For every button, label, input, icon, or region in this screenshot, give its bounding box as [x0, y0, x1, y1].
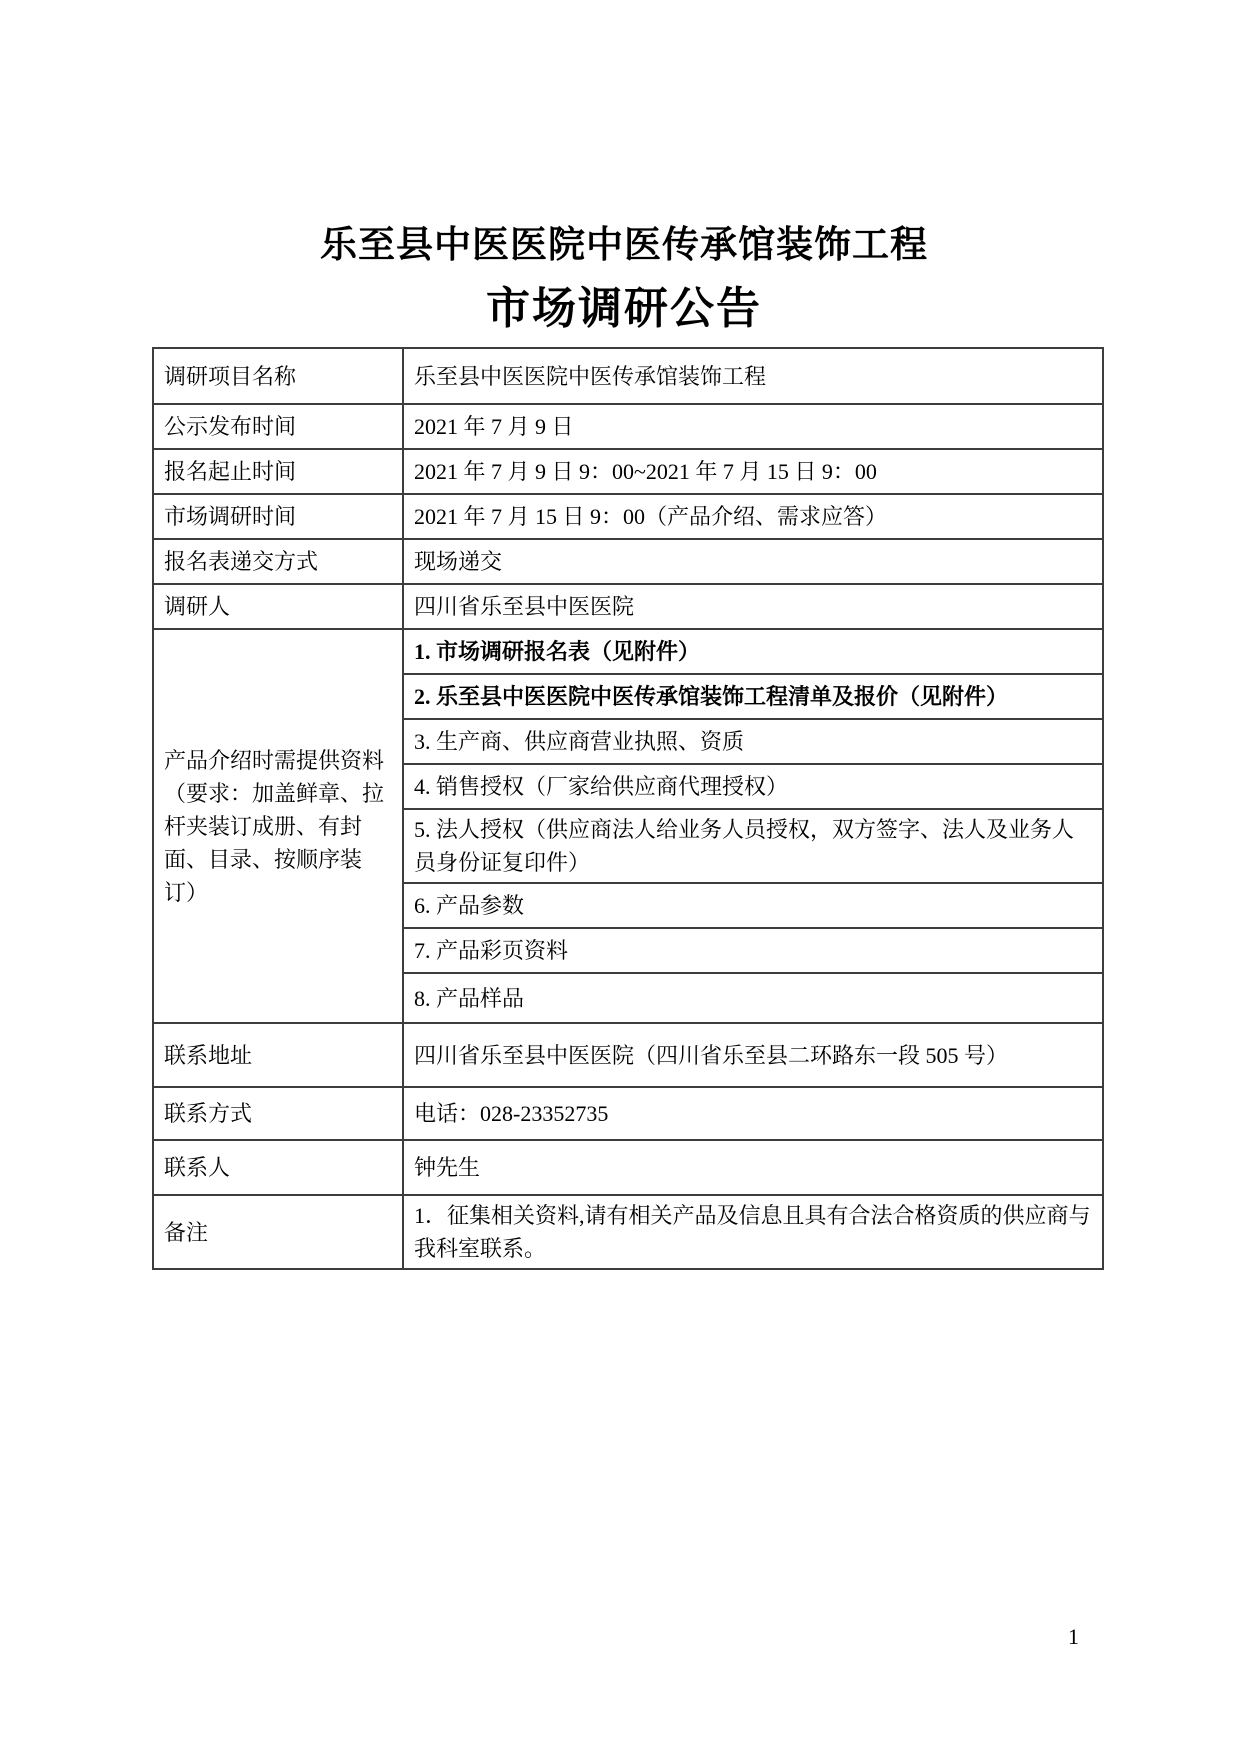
materials-item: 2. 乐至县中医医院中医传承馆装饰工程清单及报价（见附件） — [403, 674, 1103, 719]
row-label: 报名起止时间 — [153, 449, 403, 494]
table-row-project-name: 调研项目名称 乐至县中医医院中医传承馆装饰工程 — [153, 348, 1103, 404]
table-row-material-1: 产品介绍时需提供资料（要求：加盖鲜章、拉杆夹装订成册、有封面、目录、按顺序装订）… — [153, 629, 1103, 674]
row-label: 调研人 — [153, 584, 403, 629]
row-label: 联系人 — [153, 1140, 403, 1195]
materials-item: 8. 产品样品 — [403, 973, 1103, 1023]
title-block: 乐至县中医医院中医传承馆装饰工程 市场调研公告 — [146, 226, 1102, 331]
table-row-contact-phone: 联系方式 电话：028-23352735 — [153, 1087, 1103, 1140]
table-row-submit-method: 报名表递交方式 现场递交 — [153, 539, 1103, 584]
table-row-remark: 备注 1．征集相关资料,请有相关产品及信息且具有合法合格资质的供应商与我科室联系… — [153, 1195, 1103, 1269]
row-value: 电话：028-23352735 — [403, 1087, 1103, 1140]
materials-item: 4. 销售授权（厂家给供应商代理授权） — [403, 764, 1103, 809]
row-value: 四川省乐至县中医医院 — [403, 584, 1103, 629]
row-label: 联系地址 — [153, 1023, 403, 1087]
row-value: 乐至县中医医院中医传承馆装饰工程 — [403, 348, 1103, 404]
row-value: 1．征集相关资料,请有相关产品及信息且具有合法合格资质的供应商与我科室联系。 — [403, 1195, 1103, 1269]
row-label: 市场调研时间 — [153, 494, 403, 539]
table-row-research-time: 市场调研时间 2021 年 7 月 15 日 9：00（产品介绍、需求应答） — [153, 494, 1103, 539]
page-number: 1 — [1068, 1624, 1079, 1650]
row-value: 四川省乐至县中医医院（四川省乐至县二环路东一段 505 号） — [403, 1023, 1103, 1087]
row-value: 2021 年 7 月 15 日 9：00（产品介绍、需求应答） — [403, 494, 1103, 539]
materials-item: 5. 法人授权（供应商法人给业务人员授权，双方签字、法人及业务人员身份证复印件） — [403, 809, 1103, 883]
materials-label: 产品介绍时需提供资料（要求：加盖鲜章、拉杆夹装订成册、有封面、目录、按顺序装订） — [153, 629, 403, 1023]
table-row-contact-person: 联系人 钟先生 — [153, 1140, 1103, 1195]
document-page: 乐至县中医医院中医传承馆装饰工程 市场调研公告 调研项目名称 乐至县中医医院中医… — [0, 0, 1241, 1754]
row-value: 现场递交 — [403, 539, 1103, 584]
row-value: 2021 年 7 月 9 日 — [403, 404, 1103, 449]
table-row-researcher: 调研人 四川省乐至县中医医院 — [153, 584, 1103, 629]
row-value: 2021 年 7 月 9 日 9：00~2021 年 7 月 15 日 9：00 — [403, 449, 1103, 494]
row-label: 调研项目名称 — [153, 348, 403, 404]
table-row-contact-address: 联系地址 四川省乐至县中医医院（四川省乐至县二环路东一段 505 号） — [153, 1023, 1103, 1087]
row-label: 报名表递交方式 — [153, 539, 403, 584]
document-subtitle: 市场调研公告 — [146, 287, 1102, 331]
table-row-publish-time: 公示发布时间 2021 年 7 月 9 日 — [153, 404, 1103, 449]
row-label: 备注 — [153, 1195, 403, 1269]
announcement-table: 调研项目名称 乐至县中医医院中医传承馆装饰工程 公示发布时间 2021 年 7 … — [152, 347, 1104, 1270]
materials-item: 1. 市场调研报名表（见附件） — [403, 629, 1103, 674]
document-title: 乐至县中医医院中医传承馆装饰工程 — [146, 226, 1102, 267]
materials-item: 7. 产品彩页资料 — [403, 928, 1103, 973]
row-value: 钟先生 — [403, 1140, 1103, 1195]
materials-item: 6. 产品参数 — [403, 883, 1103, 928]
table-row-signup-period: 报名起止时间 2021 年 7 月 9 日 9：00~2021 年 7 月 15… — [153, 449, 1103, 494]
row-label: 公示发布时间 — [153, 404, 403, 449]
materials-item: 3. 生产商、供应商营业执照、资质 — [403, 719, 1103, 764]
row-label: 联系方式 — [153, 1087, 403, 1140]
